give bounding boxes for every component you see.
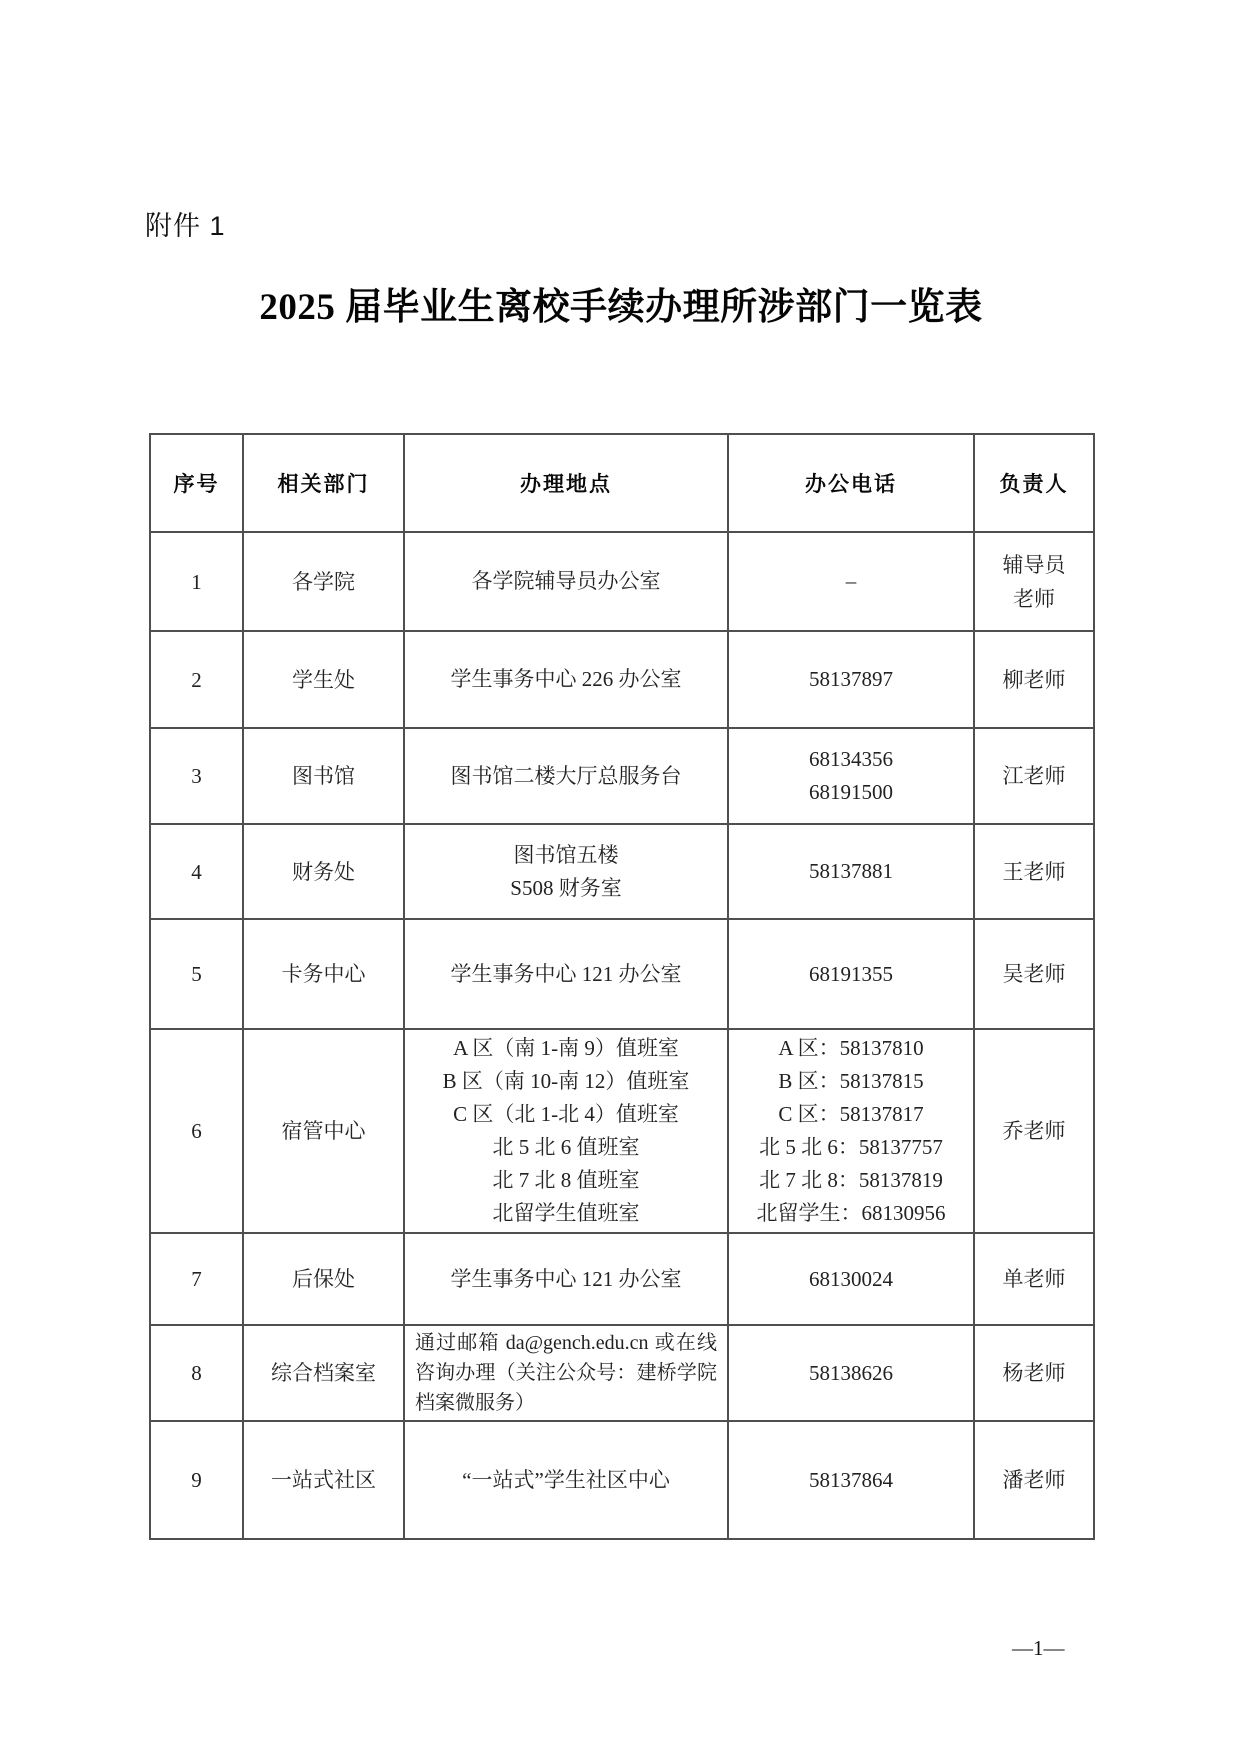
header-person: 负责人	[974, 434, 1094, 532]
cell-department: 宿管中心	[243, 1029, 404, 1233]
cell-text: 学生事务中心 121 办公室	[409, 958, 723, 991]
table-header: 序号 相关部门 办理地点 办公电话 负责人	[150, 434, 1094, 532]
cell-no: 7	[150, 1233, 243, 1325]
cell-text: 老师	[979, 582, 1089, 616]
cell-text: 杨老师	[979, 1356, 1089, 1390]
cell-text: C 区（北 1-北 4）值班室	[409, 1098, 723, 1131]
cell-text: 柳老师	[979, 663, 1089, 697]
cell-text: 财务处	[248, 855, 399, 889]
cell-person: 乔老师	[974, 1029, 1094, 1233]
cell-phone: 58138626	[728, 1325, 974, 1421]
cell-text: 北 7 北 8：58137819	[733, 1164, 969, 1197]
table-row: 5卡务中心学生事务中心 121 办公室68191355吴老师	[150, 919, 1094, 1029]
cell-text: 江老师	[979, 759, 1089, 793]
cell-text: C 区：58137817	[733, 1098, 969, 1131]
cell-person: 单老师	[974, 1233, 1094, 1325]
attachment-label: 附件 1	[145, 204, 226, 243]
table-row: 7后保处学生事务中心 121 办公室68130024单老师	[150, 1233, 1094, 1325]
cell-text: 58138626	[733, 1357, 969, 1390]
table-row: 3图书馆图书馆二楼大厅总服务台6813435668191500江老师	[150, 728, 1094, 824]
cell-text: 68130024	[733, 1263, 969, 1296]
cell-location: “一站式”学生社区中心	[404, 1421, 728, 1539]
cell-phone: 58137881	[728, 824, 974, 919]
cell-no: 5	[150, 919, 243, 1029]
cell-text: “一站式”学生社区中心	[409, 1464, 723, 1497]
header-phone: 办公电话	[728, 434, 974, 532]
cell-person: 吴老师	[974, 919, 1094, 1029]
header-location: 办理地点	[404, 434, 728, 532]
cell-phone: 58137897	[728, 631, 974, 728]
cell-text: 图书馆	[248, 759, 399, 793]
cell-no: 2	[150, 631, 243, 728]
cell-person: 杨老师	[974, 1325, 1094, 1421]
cell-text: 后保处	[248, 1262, 399, 1296]
cell-text: 北 5 北 6 值班室	[409, 1131, 723, 1164]
cell-text: 卡务中心	[248, 957, 399, 991]
cell-department: 各学院	[243, 532, 404, 631]
cell-phone: A 区：58137810B 区：58137815C 区：58137817北 5 …	[728, 1029, 974, 1233]
table-row: 2学生处学生事务中心 226 办公室58137897柳老师	[150, 631, 1094, 728]
table-body: 1各学院各学院辅导员办公室–辅导员老师2学生处学生事务中心 226 办公室581…	[150, 532, 1094, 1539]
cell-location: 学生事务中心 121 办公室	[404, 1233, 728, 1325]
cell-text: 各学院	[248, 565, 399, 599]
cell-text: 北留学生：68130956	[733, 1197, 969, 1230]
cell-phone: 58137864	[728, 1421, 974, 1539]
cell-department: 财务处	[243, 824, 404, 919]
cell-no: 4	[150, 824, 243, 919]
cell-person: 潘老师	[974, 1421, 1094, 1539]
cell-no: 6	[150, 1029, 243, 1233]
cell-text: 图书馆五楼	[409, 839, 723, 872]
table-row: 1各学院各学院辅导员办公室–辅导员老师	[150, 532, 1094, 631]
cell-no: 8	[150, 1325, 243, 1421]
header-department: 相关部门	[243, 434, 404, 532]
cell-text: 学生事务中心 121 办公室	[409, 1263, 723, 1296]
cell-text: 6	[155, 1114, 238, 1148]
cell-text: 王老师	[979, 855, 1089, 889]
cell-department: 卡务中心	[243, 919, 404, 1029]
table-row: 9一站式社区“一站式”学生社区中心58137864潘老师	[150, 1421, 1094, 1539]
cell-no: 1	[150, 532, 243, 631]
cell-text: 北 7 北 8 值班室	[409, 1164, 723, 1197]
cell-text: 一站式社区	[248, 1463, 399, 1497]
cell-text: S508 财务室	[409, 872, 723, 905]
cell-text: 吴老师	[979, 957, 1089, 991]
cell-text: 68134356	[733, 743, 969, 776]
cell-text: 北留学生值班室	[409, 1197, 723, 1230]
cell-phone: 68130024	[728, 1233, 974, 1325]
cell-department: 图书馆	[243, 728, 404, 824]
cell-text: 4	[155, 855, 238, 889]
cell-text: 辅导员	[979, 548, 1089, 582]
cell-phone: 6813435668191500	[728, 728, 974, 824]
document-page: { "document": { "attachment_label": "附件 …	[0, 0, 1241, 1755]
cell-text: 综合档案室	[248, 1356, 399, 1390]
cell-text: 68191355	[733, 958, 969, 991]
cell-no: 9	[150, 1421, 243, 1539]
cell-location: 各学院辅导员办公室	[404, 532, 728, 631]
cell-location: 学生事务中心 226 办公室	[404, 631, 728, 728]
cell-no: 3	[150, 728, 243, 824]
cell-text: 58137864	[733, 1464, 969, 1497]
cell-text: 潘老师	[979, 1463, 1089, 1497]
header-no: 序号	[150, 434, 243, 532]
cell-text: 学生处	[248, 663, 399, 697]
cell-text: 学生事务中心 226 办公室	[409, 663, 723, 696]
table-header-row: 序号 相关部门 办理地点 办公电话 负责人	[150, 434, 1094, 532]
cell-person: 江老师	[974, 728, 1094, 824]
cell-text: A 区：58137810	[733, 1032, 969, 1065]
page-title: 2025 届毕业生离校手续办理所涉部门一览表	[149, 276, 1093, 330]
table-row: 6宿管中心A 区（南 1-南 9）值班室B 区（南 10-南 12）值班室C 区…	[150, 1029, 1094, 1233]
cell-department: 后保处	[243, 1233, 404, 1325]
cell-text: A 区（南 1-南 9）值班室	[409, 1032, 723, 1065]
cell-text: 8	[155, 1356, 238, 1390]
cell-person: 辅导员老师	[974, 532, 1094, 631]
cell-text: 各学院辅导员办公室	[409, 565, 723, 598]
cell-phone: –	[728, 532, 974, 631]
cell-department: 综合档案室	[243, 1325, 404, 1421]
cell-text: B 区（南 10-南 12）值班室	[409, 1065, 723, 1098]
cell-text: 68191500	[733, 776, 969, 809]
cell-text: 北 5 北 6：58137757	[733, 1131, 969, 1164]
cell-text: 1	[155, 565, 238, 599]
cell-text: 58137881	[733, 855, 969, 888]
page-number: —1—	[1012, 1636, 1065, 1661]
cell-text: 宿管中心	[248, 1114, 399, 1148]
cell-text: 通过邮箱 da@gench.edu.cn 或在线咨询办理（关注公众号：建桥学院档…	[409, 1328, 723, 1418]
cell-location: 图书馆五楼S508 财务室	[404, 824, 728, 919]
cell-department: 学生处	[243, 631, 404, 728]
cell-person: 王老师	[974, 824, 1094, 919]
cell-person: 柳老师	[974, 631, 1094, 728]
cell-location: 学生事务中心 121 办公室	[404, 919, 728, 1029]
cell-text: 乔老师	[979, 1114, 1089, 1148]
cell-text: 7	[155, 1262, 238, 1296]
cell-department: 一站式社区	[243, 1421, 404, 1539]
departments-table: 序号 相关部门 办理地点 办公电话 负责人 1各学院各学院辅导员办公室–辅导员老…	[149, 433, 1095, 1540]
cell-phone: 68191355	[728, 919, 974, 1029]
cell-text: 2	[155, 663, 238, 697]
cell-location: 通过邮箱 da@gench.edu.cn 或在线咨询办理（关注公众号：建桥学院档…	[404, 1325, 728, 1421]
cell-text: 9	[155, 1463, 238, 1497]
cell-text: 单老师	[979, 1262, 1089, 1296]
cell-location: A 区（南 1-南 9）值班室B 区（南 10-南 12）值班室C 区（北 1-…	[404, 1029, 728, 1233]
cell-location: 图书馆二楼大厅总服务台	[404, 728, 728, 824]
cell-text: 图书馆二楼大厅总服务台	[409, 760, 723, 793]
table-row: 8综合档案室通过邮箱 da@gench.edu.cn 或在线咨询办理（关注公众号…	[150, 1325, 1094, 1421]
cell-text: B 区：58137815	[733, 1065, 969, 1098]
cell-text: 58137897	[733, 663, 969, 696]
cell-text: 5	[155, 957, 238, 991]
table-row: 4财务处图书馆五楼S508 财务室58137881王老师	[150, 824, 1094, 919]
cell-text: 3	[155, 759, 238, 793]
cell-text: –	[733, 565, 969, 598]
